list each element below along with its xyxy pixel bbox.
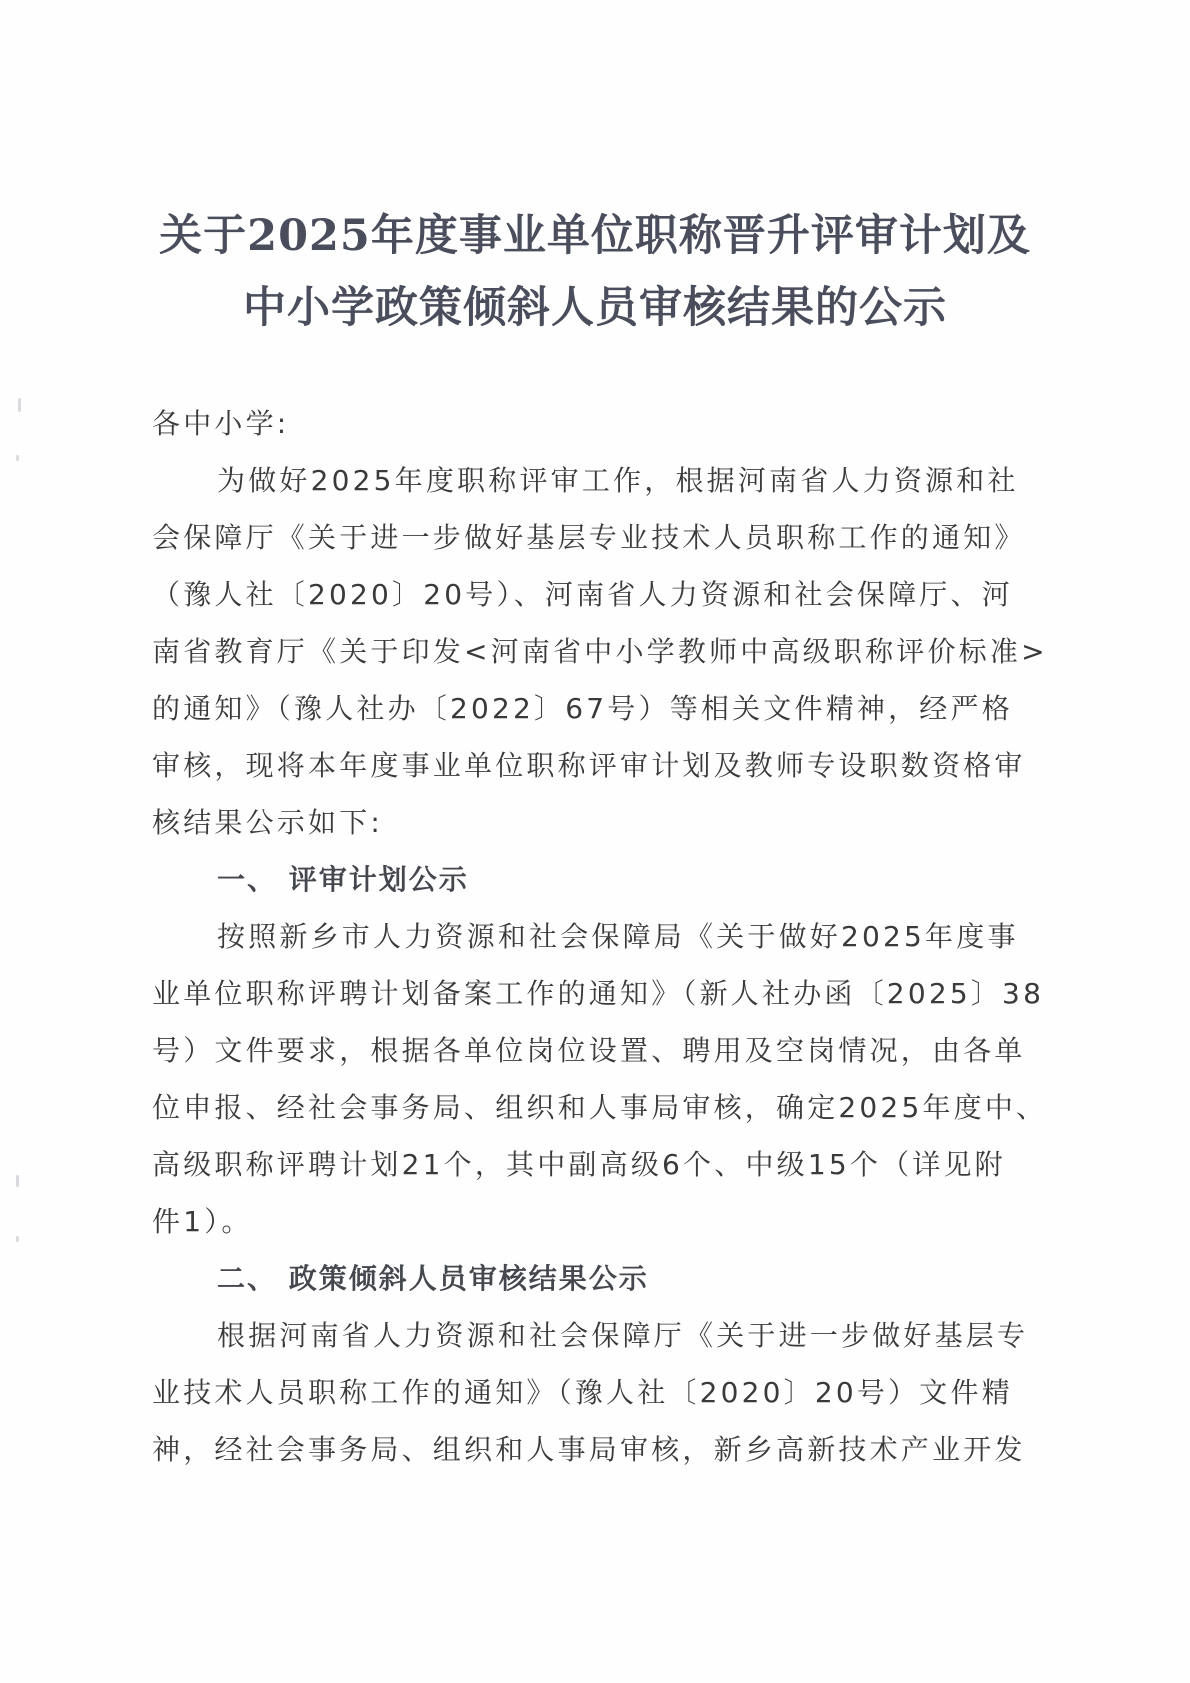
paragraph-line: 业单位职称评聘计划备案工作的通知》（新人社办函〔2025〕38 <box>152 965 1032 1022</box>
paragraph-line: 件1）。 <box>152 1193 1032 1250</box>
document-body: 各中小学: 为做好2025年度职称评审工作，根据河南省人力资源和社 会保障厅《关… <box>152 395 1032 1478</box>
paragraph-line: 核结果公示如下: <box>152 794 1032 851</box>
paragraph-line: 审核，现将本年度事业单位职称评审计划及教师专设职数资格审 <box>152 737 1032 794</box>
section-heading-policy-review: 二、 政策倾斜人员审核结果公示 <box>152 1250 1032 1307</box>
paragraph-line: 会保障厅《关于进一步做好基层专业技术人员职称工作的通知》 <box>152 509 1032 566</box>
scan-artifact <box>16 1175 19 1187</box>
scan-artifact <box>16 1236 19 1242</box>
paragraph-line: 的通知》（豫人社办〔2022〕67号）等相关文件精神，经严格 <box>152 680 1032 737</box>
paragraph-policy-review: 根据河南省人力资源和社会保障厅《关于进一步做好基层专 业技术人员职称工作的通知》… <box>152 1307 1032 1478</box>
paragraph-line: 为做好2025年度职称评审工作，根据河南省人力资源和社 <box>152 452 1032 509</box>
paragraph-review-plan: 按照新乡市人力资源和社会保障局《关于做好2025年度事 业单位职称评聘计划备案工… <box>152 908 1032 1250</box>
scan-artifact <box>18 398 21 412</box>
document-page: 关于2025年度事业单位职称晋升评审计划及 中小学政策倾斜人员审核结果的公示 各… <box>0 0 1190 1683</box>
scan-artifact <box>16 455 19 461</box>
document-title: 关于2025年度事业单位职称晋升评审计划及 中小学政策倾斜人员审核结果的公示 <box>0 200 1190 344</box>
paragraph-line: 业技术人员职称工作的通知》（豫人社〔2020〕20号）文件精 <box>152 1364 1032 1421</box>
paragraph-line: 位申报、经社会事务局、组织和人事局审核，确定2025年度中、 <box>152 1079 1032 1136</box>
paragraph-line: 南省教育厅《关于印发<河南省中小学教师中高级职称评价标准> <box>152 623 1032 680</box>
paragraph-line: 号）文件要求，根据各单位岗位设置、聘用及空岗情况，由各单 <box>152 1022 1032 1079</box>
section-heading-review-plan: 一、 评审计划公示 <box>152 851 1032 908</box>
title-line-2: 中小学政策倾斜人员审核结果的公示 <box>0 272 1190 344</box>
salutation: 各中小学: <box>152 395 1032 452</box>
paragraph-line: 根据河南省人力资源和社会保障厅《关于进一步做好基层专 <box>152 1307 1032 1364</box>
paragraph-line: 按照新乡市人力资源和社会保障局《关于做好2025年度事 <box>152 908 1032 965</box>
paragraph-line: （豫人社〔2020〕20号）、河南省人力资源和社会保障厅、河 <box>152 566 1032 623</box>
title-line-1: 关于2025年度事业单位职称晋升评审计划及 <box>0 200 1190 272</box>
paragraph-line: 高级职称评聘计划21个，其中副高级6个、中级15个（详见附 <box>152 1136 1032 1193</box>
paragraph-line: 神，经社会事务局、组织和人事局审核，新乡高新技术产业开发 <box>152 1421 1032 1478</box>
paragraph-intro: 为做好2025年度职称评审工作，根据河南省人力资源和社 会保障厅《关于进一步做好… <box>152 452 1032 851</box>
